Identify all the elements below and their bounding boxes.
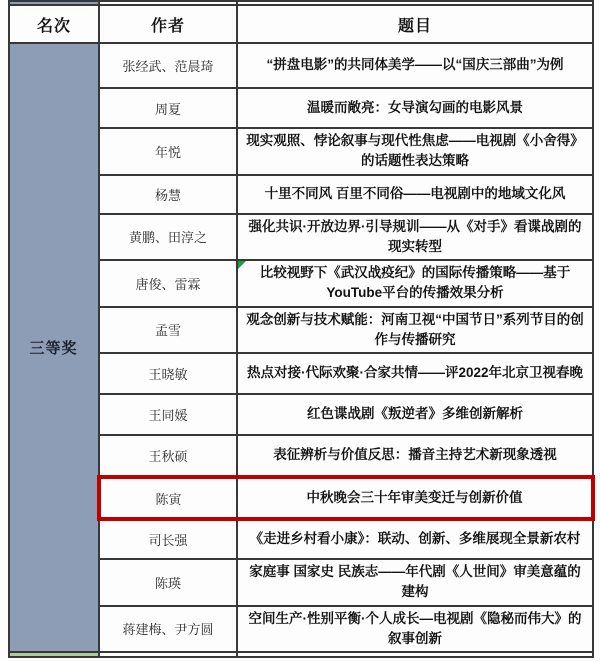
cell-comment-marker-icon [238,261,246,269]
title-cell: 红色谍战剧《叛逆者》多维创新解析 [237,394,593,435]
author-cell: 司长强 [99,519,237,559]
author-cell: 王秋硕 [99,435,237,477]
title-cell: 观念创新与技术赋能：河南卫视“中国节日”系列节目的创作与传播研究 [237,307,593,354]
title-cell: 空间生产·性别平衡·个人成长—电视剧《隐秘而伟大》的叙事创新 [237,606,593,653]
title-text: 比较视野下《武汉战疫纪》的国际传播策略——基于YouTube平台的传播效果分析 [260,265,571,300]
title-cell: “拼盘电影”的共同体美学——以“国庆三部曲”为例 [237,43,593,88]
author-cell: 张经武、范晨琦 [99,43,237,88]
awards-sheet: 名次 作者 题目 三等奖 张经武、范晨琦 “拼盘电影”的共同体美学——以“国庆三… [0,0,600,661]
awards-table: 名次 作者 题目 三等奖 张经武、范晨琦 “拼盘电影”的共同体美学——以“国庆三… [8,0,595,658]
title-cell: 表征辨析与价值反思：播音主持艺术新现象透视 [237,435,593,477]
author-cell: 蒋建梅、尹方圆 [99,606,237,653]
author-cell: 杨慧 [99,175,237,214]
title-cell: 十里不同风 百里不同俗——电视剧中的地域文化风 [237,175,593,214]
rank-cell-third-prize: 三等奖 [9,43,99,652]
author-cell: 王晓敏 [99,353,237,394]
header-rank: 名次 [9,5,99,43]
author-cell: 唐俊、雷霖 [99,260,237,307]
header-row: 名次 作者 题目 [9,5,593,43]
author-cell: 孟雪 [99,307,237,354]
next-section-partial-row [9,652,593,657]
table-row: 三等奖 张经武、范晨琦 “拼盘电影”的共同体美学——以“国庆三部曲”为例 [9,43,593,88]
title-cell: 家庭事 国家史 民族志——年代剧《人世间》审美意蕴的建构 [237,559,593,606]
header-author: 作者 [99,5,237,43]
title-cell: 比较视野下《武汉战疫纪》的国际传播策略——基于YouTube平台的传播效果分析 [237,260,593,307]
author-cell: 王同媛 [99,394,237,435]
title-cell: 强化共识·开放边界·引导规训——从《对手》看谍战剧的现实转型 [237,214,593,261]
author-cell: 黄鹏、田淳之 [99,214,237,261]
title-cell: 现实观照、悖论叙事与现代性焦虑——电视剧《小舍得》的话题性表达策略 [237,128,593,175]
author-cell: 年悦 [99,128,237,175]
title-cell: 温暖而敞亮：女导演勾画的电影风景 [237,88,593,128]
title-cell: 中秋晚会三十年审美变迁与创新价值 [237,477,593,519]
header-title: 题目 [237,5,593,43]
title-cell: 热点对接·代际欢聚·合家共情——评2022年北京卫视春晚 [237,353,593,394]
author-cell: 陈瑛 [99,559,237,606]
next-rank-cell-sliver [9,652,99,657]
title-cell: 《走进乡村看小康》：联动、创新、多维展现全景新农村 [237,519,593,559]
author-cell: 周夏 [99,88,237,128]
author-cell: 陈寅 [99,477,237,519]
